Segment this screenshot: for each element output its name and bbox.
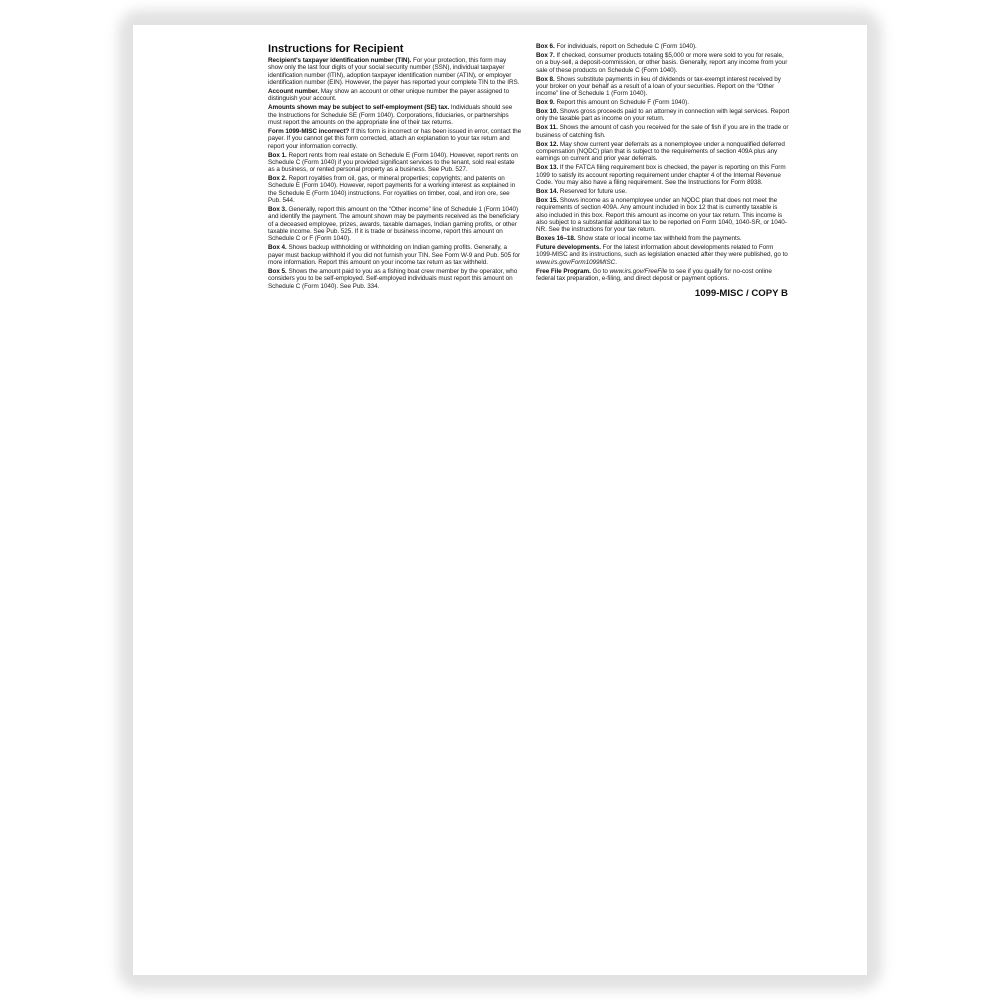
instruction-paragraph: Box 14. Reserved for future use. [536, 188, 790, 195]
instruction-paragraph: Box 15. Shows income as a nonemployee un… [536, 197, 790, 234]
instruction-paragraph: Box 11. Shows the amount of cash you rec… [536, 124, 790, 139]
instruction-paragraph: Free File Program. Go to www.irs.gov/Fre… [536, 268, 790, 283]
irs-link[interactable]: www.irs.gov/FreeFile [610, 268, 668, 275]
paragraph-label: Recipient's taxpayer identification numb… [268, 57, 411, 64]
paragraph-label: Account number. [268, 88, 319, 95]
paragraph-text: Report rents from real estate on Schedul… [268, 152, 518, 174]
document-heading: Instructions for Recipient [268, 43, 522, 56]
paragraph-label: Box 5. [268, 268, 287, 275]
paragraph-label: Box 11. [536, 124, 558, 131]
paragraph-text: If checked, consumer products totaling $… [536, 52, 787, 74]
paragraph-text: Shows the amount of cash you received fo… [536, 124, 788, 138]
paragraph-label: Form 1099-MISC incorrect? [268, 128, 349, 135]
paragraph-text-after: . [615, 259, 617, 266]
paragraph-text: If the FATCA filing requirement box is c… [536, 164, 786, 186]
paragraph-label: Box 13. [536, 164, 558, 171]
instruction-paragraph: Account number. May show an account or o… [268, 88, 522, 103]
paragraph-label: Box 4. [268, 244, 287, 251]
instruction-paragraph: Form 1099-MISC incorrect? If this form i… [268, 128, 522, 150]
instruction-paragraph: Box 10. Shows gross proceeds paid to an … [536, 108, 790, 123]
instruction-paragraph: Box 4. Shows backup withholding or withh… [268, 244, 522, 266]
paragraph-label: Free File Program. [536, 268, 591, 275]
paragraph-label: Box 10. [536, 108, 558, 115]
paragraph-label: Boxes 16–18. [536, 235, 576, 242]
paragraph-text: Report royalties from oil, gas, or miner… [268, 175, 515, 204]
paragraph-text: For individuals, report on Schedule C (F… [555, 43, 697, 50]
paragraph-label: Box 15. [536, 197, 558, 204]
paragraph-text: Shows substitute payments in lieu of div… [536, 76, 781, 98]
paragraph-label: Box 7. [536, 52, 555, 59]
instruction-paragraph: Boxes 16–18. Show state or local income … [536, 235, 790, 242]
irs-link[interactable]: www.irs.gov/Form1099MISC [536, 259, 615, 266]
instruction-paragraph: Box 9. Report this amount on Schedule F … [536, 99, 790, 106]
instruction-paragraph: Box 5. Shows the amount paid to you as a… [268, 268, 522, 290]
paragraph-label: Box 9. [536, 99, 555, 106]
paragraph-text: Report this amount on Schedule F (Form 1… [555, 99, 689, 106]
right-column: Box 6. For individuals, report on Schedu… [536, 43, 790, 299]
instruction-paragraph: Box 3. Generally, report this amount on … [268, 206, 522, 243]
instruction-paragraph: Box 6. For individuals, report on Schedu… [536, 43, 790, 50]
paragraph-text: Shows income as a nonemployee under an N… [536, 197, 787, 233]
instruction-paragraph: Box 8. Shows substitute payments in lieu… [536, 76, 790, 98]
instruction-paragraph: Amounts shown may be subject to self-emp… [268, 104, 522, 126]
paragraph-label: Box 1. [268, 152, 287, 159]
paragraph-label: Amounts shown may be subject to self-emp… [268, 104, 449, 111]
paragraph-label: Box 6. [536, 43, 555, 50]
paragraph-text: Shows gross proceeds paid to an attorney… [536, 108, 789, 122]
paragraph-label: Future developments. [536, 244, 601, 251]
paragraph-text: Go to [591, 268, 610, 275]
instruction-paragraph: Future developments. For the latest info… [536, 244, 790, 266]
paragraph-text: Show state or local income tax withheld … [576, 235, 742, 242]
paragraph-text: Generally, report this amount on the “Ot… [268, 206, 519, 242]
form-identifier: 1099-MISC / COPY B [536, 288, 790, 299]
instruction-paragraph: Box 12. May show current year deferrals … [536, 141, 790, 163]
paragraph-text: Reserved for future use. [558, 188, 627, 195]
paragraph-text: Shows the amount paid to you as a fishin… [268, 268, 517, 290]
paragraph-label: Box 3. [268, 206, 287, 213]
right-paragraphs: Box 6. For individuals, report on Schedu… [536, 43, 790, 282]
document-page: Instructions for Recipient Recipient's t… [133, 25, 867, 975]
instruction-paragraph: Box 7. If checked, consumer products tot… [536, 52, 790, 74]
left-paragraphs: Recipient's taxpayer identification numb… [268, 57, 522, 290]
paragraph-label: Box 12. [536, 141, 558, 148]
instruction-paragraph: Box 1. Report rents from real estate on … [268, 152, 522, 174]
instruction-paragraph: Recipient's taxpayer identification numb… [268, 57, 522, 86]
paragraph-label: Box 2. [268, 175, 287, 182]
paragraph-label: Box 8. [536, 76, 555, 83]
paragraph-text: Shows backup withholding or withholding … [268, 244, 520, 266]
paragraph-text: May show current year deferrals as a non… [536, 141, 785, 163]
instruction-paragraph: Box 13. If the FATCA filing requirement … [536, 164, 790, 186]
instruction-paragraph: Box 2. Report royalties from oil, gas, o… [268, 175, 522, 204]
paragraph-label: Box 14. [536, 188, 558, 195]
left-column: Instructions for Recipient Recipient's t… [268, 43, 522, 292]
